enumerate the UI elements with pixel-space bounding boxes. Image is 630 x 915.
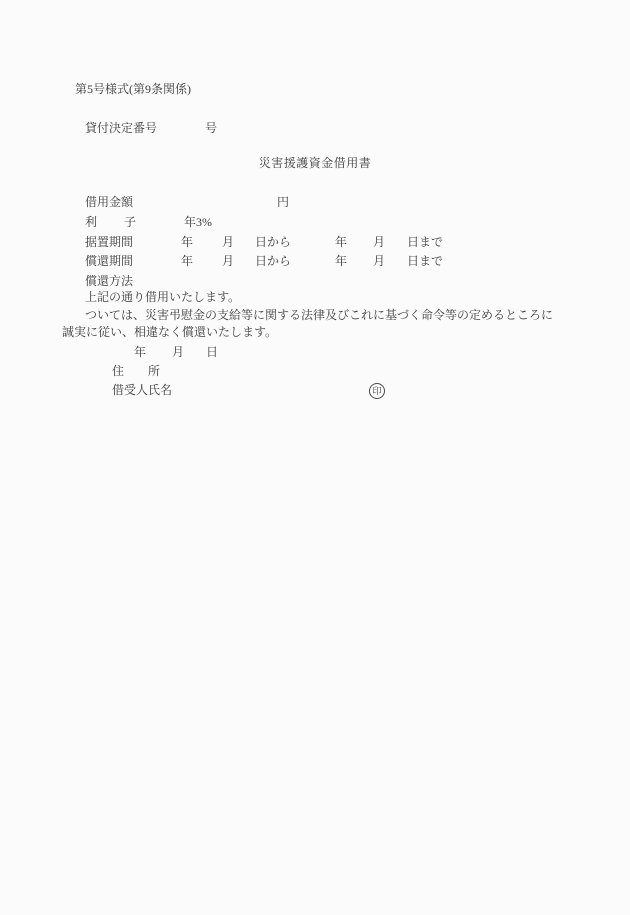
interest-value: 年3% (184, 215, 212, 230)
deferment-month-from-label: 月 (222, 235, 234, 250)
form-number-row: 第5号様式(第9条関係) (0, 82, 630, 97)
loan-decision-number-label: 貸付決定番号 (85, 121, 157, 136)
statement-line-2: ついては、災害弔慰金の支給等に関する法律及びこれに基づく命令等の定めるところに (0, 308, 630, 323)
repayment-method-row: 償還方法 (0, 274, 630, 289)
seal-character: 印 (372, 387, 381, 396)
address-label-char1: 住 (112, 364, 124, 379)
repayment-period-row: 償還期間 年 月 日から 年 月 日まで (0, 254, 630, 269)
statement-text-1: 上記の通り借用いたします。 (85, 290, 240, 305)
seal-icon: 印 (369, 383, 385, 399)
signature-date-year-label: 年 (134, 345, 146, 360)
deferment-year-from-label: 年 (181, 235, 193, 250)
document-page: 第5号様式(第9条関係) 貸付決定番号 号 災害援護資金借用書 借用金額 円 利… (0, 0, 630, 915)
interest-row: 利 子 年3% (0, 215, 630, 230)
interest-label-char2: 子 (124, 215, 136, 230)
loan-decision-number-row: 貸付決定番号 号 (0, 121, 630, 136)
repayment-year-to-label: 年 (335, 254, 347, 269)
interest-label-char1: 利 (85, 215, 97, 230)
signature-date-month-label: 月 (172, 345, 184, 360)
repayment-period-label: 償還期間 (85, 254, 133, 269)
deferment-day-to-label: 日まで (407, 235, 443, 250)
deferment-period-row: 据置期間 年 月 日から 年 月 日まで (0, 235, 630, 250)
borrower-name-row: 借受人氏名 (0, 383, 630, 398)
amount-row: 借用金額 円 (0, 195, 630, 210)
repayment-year-from-label: 年 (181, 254, 193, 269)
deferment-day-from-label: 日から (255, 235, 291, 250)
amount-label: 借用金額 (85, 195, 133, 210)
deferment-month-to-label: 月 (373, 235, 385, 250)
address-label-char2: 所 (148, 364, 160, 379)
repayment-month-from-label: 月 (222, 254, 234, 269)
signature-date-row: 年 月 日 (0, 345, 630, 360)
statement-text-3: 誠実に従い、相違なく償還いたします。 (62, 325, 277, 340)
document-title: 災害援護資金借用書 (0, 156, 630, 171)
loan-decision-number-unit: 号 (205, 121, 217, 136)
signature-date-day-label: 日 (206, 345, 218, 360)
borrower-name-label: 借受人氏名 (112, 383, 172, 398)
form-number: 第5号様式(第9条関係) (75, 82, 191, 97)
address-row: 住 所 (0, 364, 630, 379)
repayment-method-label: 償還方法 (85, 274, 133, 289)
repayment-day-from-label: 日から (255, 254, 291, 269)
deferment-year-to-label: 年 (335, 235, 347, 250)
deferment-period-label: 据置期間 (85, 235, 133, 250)
repayment-day-to-label: 日まで (407, 254, 443, 269)
amount-unit: 円 (277, 195, 289, 210)
statement-line-1: 上記の通り借用いたします。 (0, 290, 630, 305)
repayment-month-to-label: 月 (373, 254, 385, 269)
statement-line-3: 誠実に従い、相違なく償還いたします。 (0, 325, 630, 340)
statement-text-2: ついては、災害弔慰金の支給等に関する法律及びこれに基づく命令等の定めるところに (85, 308, 553, 323)
